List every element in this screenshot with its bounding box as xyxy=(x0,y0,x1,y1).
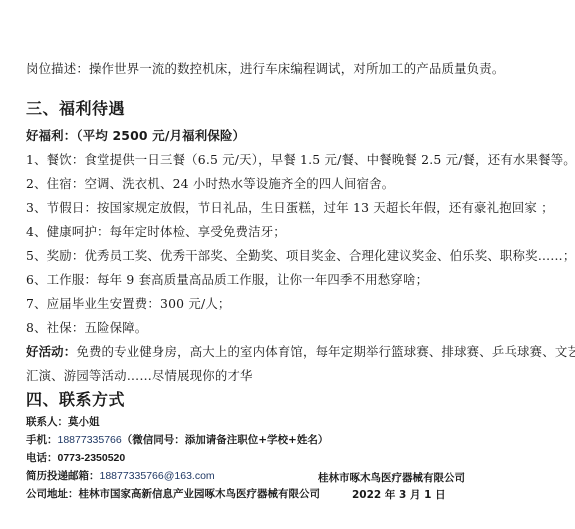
email-value[interactable]: 18877335766@163.com xyxy=(100,470,215,482)
mobile-number: 18877335766 xyxy=(58,434,122,446)
good-benefits-average: （平均 2500 元/月福利保险） xyxy=(76,128,245,143)
benefit-item-7: 7、应届毕业生安置费：300 元/人； xyxy=(26,296,231,312)
good-benefits-label: 好福利： xyxy=(26,128,76,143)
benefit-item-5: 5、奖励：优秀员工奖、优秀干部奖、全勤奖、项目奖金、合理化建议奖金、伯乐奖、职称… xyxy=(26,248,575,264)
contact-person-value: 莫小姐 xyxy=(68,416,100,428)
benefit-item-4: 4、健康呵护：每年定时体检、享受免费洁牙； xyxy=(26,224,286,240)
company-address: 公司地址：桂林市国家高新信息产业园啄木鸟医疗器械有限公司 xyxy=(26,487,320,501)
job-description: 岗位描述：操作世界一流的数控机床，进行车床编程调试，对所加工的产品质量负责。 xyxy=(26,61,504,77)
section-heading-contact: 四、联系方式 xyxy=(26,390,125,410)
telephone-value: 0773-2350520 xyxy=(58,452,126,464)
good-activities-line-1: 好活动：免费的专业健身房，高大上的室内体育馆，每年定期举行篮球赛、排球赛、乒乓球… xyxy=(26,344,575,360)
telephone-label: 电话： xyxy=(26,452,58,464)
benefit-item-6: 6、工作服：每年 9 套高质量高品质工作服，让你一年四季不用愁穿啥； xyxy=(26,272,428,288)
benefit-item-1: 1、餐饮：食堂提供一日三餐（6.5 元/天），早餐 1.5 元/餐、中餐晚餐 2… xyxy=(26,152,575,168)
good-activities-line-2: 汇演、游园等活动……尽情展现你的才华 xyxy=(26,368,253,384)
mobile-label: 手机： xyxy=(26,434,58,446)
email-label: 简历投递邮箱： xyxy=(26,470,100,482)
address-label: 公司地址： xyxy=(26,488,79,500)
section-heading-benefits: 三、福利待遇 xyxy=(26,99,125,119)
contact-person: 联系人：莫小姐 xyxy=(26,415,100,429)
signature-company: 桂林市啄木鸟医疗器械有限公司 xyxy=(318,471,465,485)
signature-date: 2022 年 3 月 1 日 xyxy=(352,488,446,502)
contact-email: 简历投递邮箱：18877335766@163.com xyxy=(26,469,215,483)
contact-person-label: 联系人： xyxy=(26,416,68,428)
benefit-item-8: 8、社保：五险保障。 xyxy=(26,320,147,336)
mobile-note: （微信同号：添加请备注职位+学校+姓名） xyxy=(122,434,329,446)
good-activities-text: 免费的专业健身房，高大上的室内体育馆，每年定期举行篮球赛、排球赛、乒乓球赛、文艺 xyxy=(76,344,575,359)
good-benefits-heading: 好福利：（平均 2500 元/月福利保险） xyxy=(26,128,245,144)
benefit-item-3: 3、节假日：按国家规定放假，节日礼品，生日蛋糕，过年 13 天超长年假，还有豪礼… xyxy=(26,200,554,216)
benefit-item-2: 2、住宿：空调、洗衣机、24 小时热水等设施齐全的四人间宿舍。 xyxy=(26,176,394,192)
good-activities-label: 好活动： xyxy=(26,344,76,359)
address-value: 桂林市国家高新信息产业园啄木鸟医疗器械有限公司 xyxy=(79,488,321,500)
contact-telephone: 电话：0773-2350520 xyxy=(26,451,125,465)
contact-mobile: 手机：18877335766（微信同号：添加请备注职位+学校+姓名） xyxy=(26,433,328,447)
